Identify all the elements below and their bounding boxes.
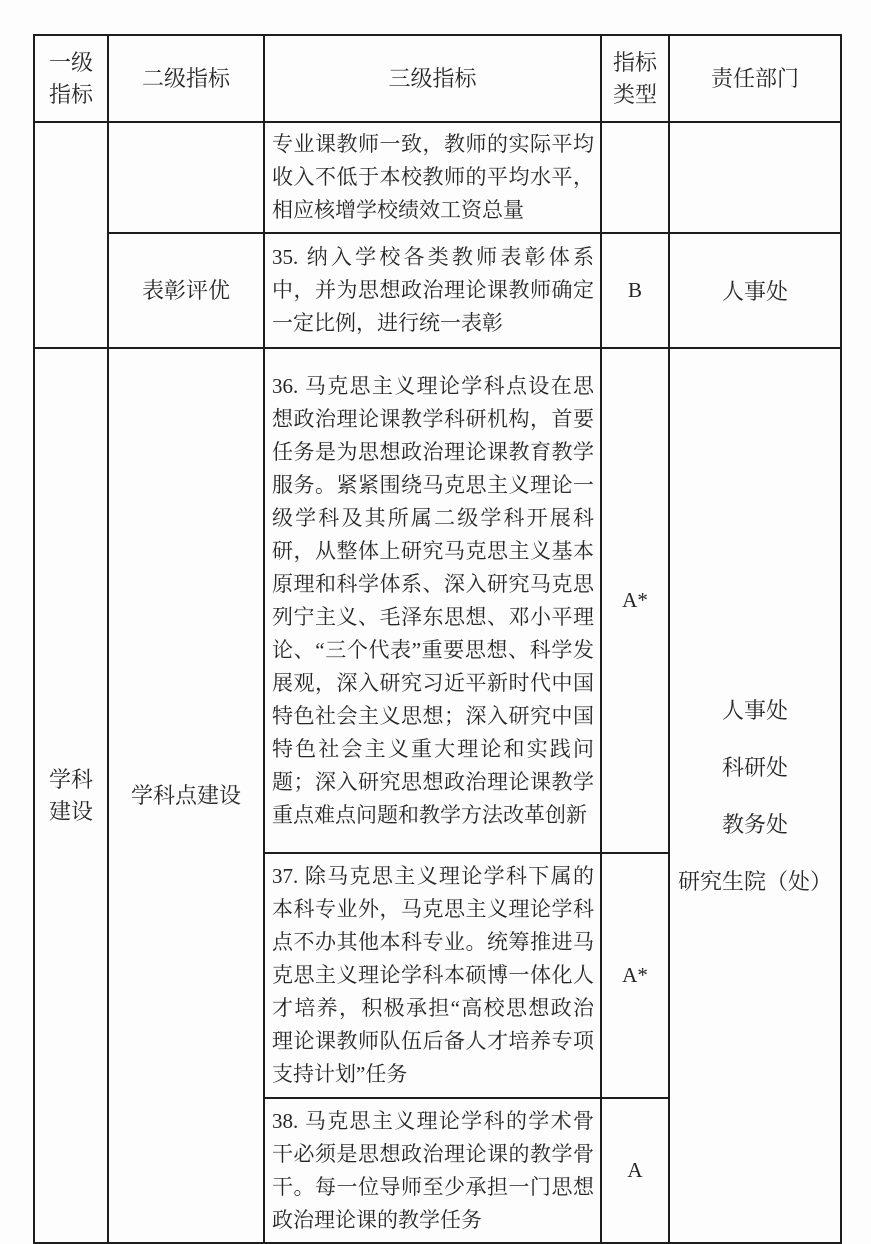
cell-item35-department: 人事处: [669, 233, 841, 348]
header-level3-indicator: 三级指标: [264, 35, 601, 122]
cell-level2-empty: [108, 122, 264, 233]
document-page: 一级 指标 二级指标 三级指标 指标 类型 责任部门 专业课教师一致，教师的实际…: [0, 0, 871, 1244]
header-level1-indicator: 一级 指标: [34, 35, 108, 122]
cell-level2-discipline-point: 学科点建设: [108, 348, 264, 1243]
header-row: 一级 指标 二级指标 三级指标 指标 类型 责任部门: [34, 35, 841, 122]
cell-carryover-dept-empty: [669, 122, 841, 233]
cell-item38-type: A: [601, 1098, 669, 1243]
header-indicator-type-line2: 类型: [602, 79, 668, 111]
cell-section-departments: 人事处 科研处 教务处 研究生院（处）: [669, 348, 841, 1243]
row-carryover: 专业课教师一致，教师的实际平均收入不低于本校教师的平均水平，相应核增学校绩效工资…: [34, 122, 841, 233]
department-personnel: 人事处: [722, 694, 788, 727]
header-indicator-type: 指标 类型: [601, 35, 669, 122]
indicator-table: 一级 指标 二级指标 三级指标 指标 类型 责任部门 专业课教师一致，教师的实际…: [33, 34, 842, 1244]
row-item35: 表彰评优 35. 纳入学校各类教师表彰体系中，并为思想政治理论课教师确定一定比例…: [34, 233, 841, 348]
cell-level2-commendation: 表彰评优: [108, 233, 264, 348]
header-level1-line1: 一级: [35, 47, 107, 79]
header-level1-line2: 指标: [35, 79, 107, 111]
department-graduate-school: 研究生院（处）: [678, 865, 832, 898]
cell-carryover-text: 专业课教师一致，教师的实际平均收入不低于本校教师的平均水平，相应核增学校绩效工资…: [264, 122, 601, 233]
cell-carryover-type-empty: [601, 122, 669, 233]
header-responsible-department: 责任部门: [669, 35, 841, 122]
cell-level1-empty: [34, 122, 108, 348]
cell-level1-line2: 建设: [35, 796, 107, 828]
cell-item38-text: 38. 马克思主义理论学科的学术骨干必须是思想政治理论课的教学骨干。每一位导师至…: [264, 1098, 601, 1243]
department-research: 科研处: [722, 751, 788, 784]
cell-item36-type: A*: [601, 348, 669, 853]
cell-item35-type: B: [601, 233, 669, 348]
cell-item36-text: 36. 马克思主义理论学科点设在思想政治理论课教学科研机构，首要任务是为思想政治…: [264, 348, 601, 853]
department-academic-affairs: 教务处: [722, 808, 788, 841]
cell-level1-discipline-construction: 学科 建设: [34, 348, 108, 1243]
row-item36: 学科 建设 学科点建设 36. 马克思主义理论学科点设在思想政治理论课教学科研机…: [34, 348, 841, 853]
cell-item35-text: 35. 纳入学校各类教师表彰体系中，并为思想政治理论课教师确定一定比例，进行统一…: [264, 233, 601, 348]
cell-item37-text: 37. 除马克思主义理论学科下属的本科专业外，马克思主义理论学科点不办其他本科专…: [264, 853, 601, 1098]
cell-level1-line1: 学科: [35, 764, 107, 796]
cell-item37-type: A*: [601, 853, 669, 1098]
department-list: 人事处 科研处 教务处 研究生院（处）: [670, 694, 840, 898]
header-level2-indicator: 二级指标: [108, 35, 264, 122]
header-indicator-type-line1: 指标: [602, 47, 668, 79]
